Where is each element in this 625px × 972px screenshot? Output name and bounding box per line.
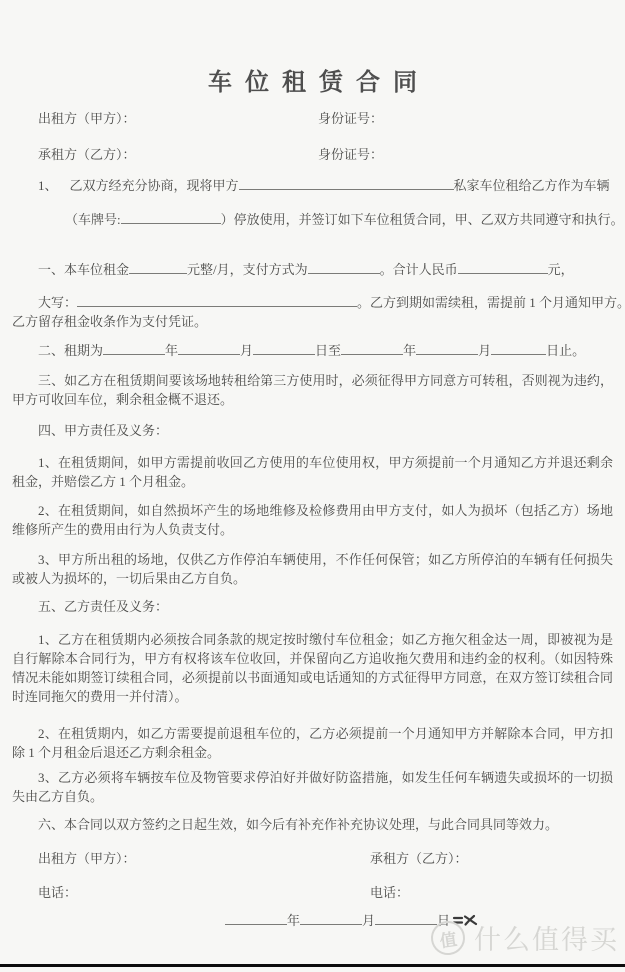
start-month-char: 月 xyxy=(240,343,253,358)
blank-end-year xyxy=(341,342,403,355)
smzdm-watermark: 值 什么值得买 xyxy=(431,918,619,957)
blank-lessor-name xyxy=(239,177,454,190)
lessor-party-label: 出租方（甲方）： xyxy=(38,110,136,127)
contract-scan-page: 车位租赁合同 出租方（甲方）： 身份证号： 承租方（乙方）： 身份证号： 1、乙… xyxy=(0,0,625,972)
intro-text-1a: 乙双方经充分协商，现将甲方 xyxy=(70,178,239,193)
smzdm-watermark-text: 什么值得买 xyxy=(474,918,619,957)
sign-month-char: 月 xyxy=(362,913,375,928)
intro-line-2: （车牌号:）停放使用，并签订如下车位租赁合同，甲、乙双方共同遵守和执行。 xyxy=(65,211,624,228)
clause5-heading: 五、乙方责任及义务： xyxy=(38,598,168,615)
start-year-char: 年 xyxy=(165,343,178,358)
clause-rent-s2: 元整/月，支付方式为 xyxy=(187,262,308,277)
clause5-item-3: 3、乙方必须将车辆按车位及物管要求停泊好并做好防盗措施，如发生任何车辆遗失或损坏… xyxy=(12,768,613,806)
blank-total-amount xyxy=(458,261,548,274)
scan-bottom-edge xyxy=(0,964,625,967)
clause-sublet: 三、如乙方在租赁期间要该场地转租给第三方使用时，必须征得甲方同意方可转租，否则视… xyxy=(12,371,613,409)
intro-text-2a: （车牌号: xyxy=(65,212,121,227)
blank-payment-method xyxy=(308,261,380,274)
contract-title: 车位租赁合同 xyxy=(0,62,625,97)
clause-rent-s3: 。合计人民币 xyxy=(380,262,458,277)
signature-lessor-label: 出租方（甲方）： xyxy=(38,850,136,867)
lessor-id-label: 身份证号： xyxy=(318,110,383,127)
clause4-item-1: 1、在租赁期间，如甲方需提前收回乙方使用的车位使用权，甲方须提前一个月通知乙方并… xyxy=(12,453,613,491)
clause-term-label: 二、租期为 xyxy=(38,343,103,358)
blank-sign-month xyxy=(300,912,362,925)
clause-rent-s5: 大写： xyxy=(38,295,77,310)
clause5-item-2: 2、在租赁期内，如乙方需要提前退租车位的，乙方必须提前一个月通知甲方并解除本合同… xyxy=(12,724,613,762)
phone-label-left: 电话： xyxy=(38,884,77,901)
end-month-char: 月 xyxy=(478,343,491,358)
clause-rent-line-2: 大写：。乙方到期如需续租，需提前 1 个月通知甲方。 xyxy=(38,294,625,311)
blank-start-day xyxy=(253,342,315,355)
lessee-id-label: 身份证号： xyxy=(318,146,383,163)
blank-plate-number xyxy=(121,211,221,224)
end-day-char: 日止。 xyxy=(546,343,585,358)
blank-sign-year xyxy=(225,912,287,925)
blank-rent-amount xyxy=(129,261,187,274)
lessee-party-label: 承租方（乙方）： xyxy=(38,146,136,163)
intro-text-2b: ）停放使用，并签订如下车位租赁合同，甲、乙双方共同遵守和执行。 xyxy=(221,212,624,227)
clause-effectiveness: 六、本合同以双方签约之日起生效，如今后有补充作补充协议处理，与此合同具同等效力。 xyxy=(12,815,613,834)
blank-start-month xyxy=(178,342,240,355)
clause-rent-line-3: 乙方留存租金收条作为支付凭证。 xyxy=(12,313,207,330)
sign-year-char: 年 xyxy=(287,913,300,928)
clause-rent-s1: 一、本车位租金 xyxy=(38,262,129,277)
start-day-char: 日至 xyxy=(315,343,341,358)
intro-text-1b: 私家车位租给乙方作为车辆 xyxy=(454,178,610,193)
clause-rent-s4: 元， xyxy=(548,262,574,277)
blank-end-day xyxy=(491,342,546,355)
blank-start-year xyxy=(103,342,165,355)
intro-number: 1、 xyxy=(38,178,58,193)
clause-rent-s6: 。乙方到期如需续租，需提前 1 个月通知甲方。 xyxy=(357,295,625,310)
clause-term: 二、租期为年月日至年月日止。 xyxy=(38,342,585,359)
clause4-item-3: 3、甲方所出租的场地，仅供乙方作停泊车辆使用，不作任何保管；如乙方所停泊的车辆有… xyxy=(12,550,613,588)
clause4-heading: 四、甲方责任及义务： xyxy=(38,422,168,439)
end-year-char: 年 xyxy=(403,343,416,358)
intro-line-1: 1、乙双方经充分协商，现将甲方私家车位租给乙方作为车辆 xyxy=(38,177,610,194)
clause-rent-line-1: 一、本车位租金元整/月，支付方式为。合计人民币元， xyxy=(38,261,574,278)
clause4-item-2: 2、在租赁期间，如自然损坏产生的场地维修及检修费用由甲方支付，如人为损坏（包括乙… xyxy=(12,501,613,539)
clause5-item-1: 1、乙方在租赁期内必须按合同条款的规定按时缴付车位租金；如乙方拖欠租金达一周，即… xyxy=(12,630,613,706)
smzdm-logo-icon: 值 xyxy=(429,918,467,956)
blank-sign-day xyxy=(375,912,437,925)
blank-end-month xyxy=(416,342,478,355)
blank-amount-in-words xyxy=(77,294,357,307)
phone-label-right: 电话： xyxy=(370,884,409,901)
signature-lessee-label: 承租方（乙方）： xyxy=(370,850,468,867)
